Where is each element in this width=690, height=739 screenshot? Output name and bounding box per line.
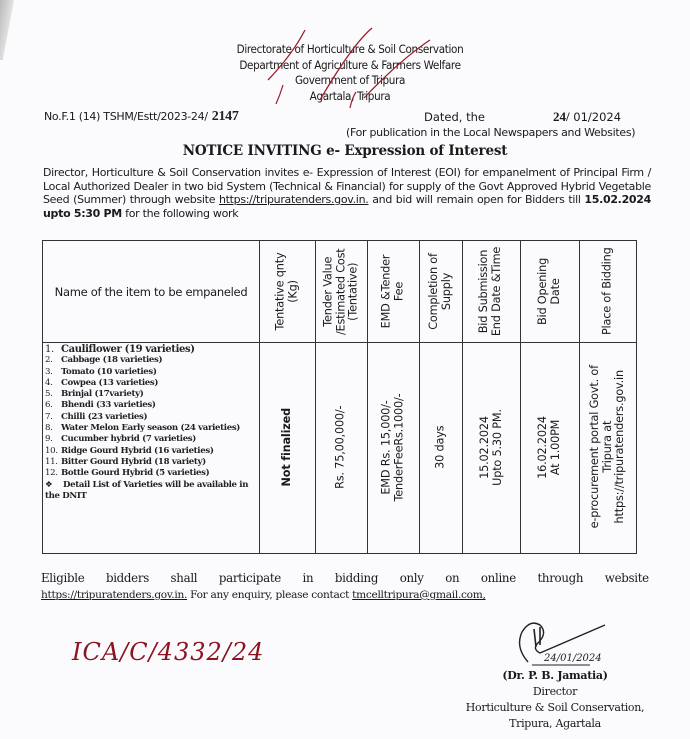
list-item-number: 8.: [43, 423, 61, 434]
signatory-department: Horticulture & Soil Conservation,: [450, 700, 660, 716]
cell-line: EMD Rs. 15,000/-: [381, 393, 394, 501]
enquiry-line: https://tripuratenders.gov.in. For any e…: [41, 587, 649, 604]
cell-line: At 1.00PM: [550, 416, 563, 479]
value-tender-value: Rs. 75,00,000/-: [315, 343, 367, 551]
date-printed: 01/2024: [570, 110, 621, 124]
word: on: [445, 570, 459, 587]
header-emd-fee: EMD &TenderFee: [367, 241, 419, 342]
reference-number: No.F.1 (14) TSHM/Estt/2023-24/2147: [44, 109, 239, 125]
list-item-number: 12.: [43, 468, 61, 479]
value-place-of-bidding: e-procurement portal Govt. ofTripura ath…: [579, 343, 636, 551]
cell-line: /Estimated Cost: [335, 248, 348, 335]
tender-website-link[interactable]: https://tripuratenders.gov.in.: [219, 193, 368, 206]
list-item: 4.Cowpea (13 varieties): [43, 378, 259, 389]
header-tentative-qty: Tentative qnty(Kg): [259, 241, 315, 342]
list-item-label: Water Melon Early season (24 varieties): [61, 423, 240, 434]
list-item-label: Brinjal (17variety): [61, 389, 143, 400]
list-item-label: Bottle Gourd Hybrid (5 varieties): [61, 468, 209, 479]
cell-line: End Date &Time: [491, 247, 504, 336]
list-item-number: 4.: [43, 378, 61, 389]
letterhead: Directorate of Horticulture & Soil Conse…: [150, 42, 550, 104]
list-item: 12.Bottle Gourd Hybrid (5 varieties): [43, 468, 259, 479]
value-emd-fee: EMD Rs. 15,000/-TenderFeeRs.1000/-: [367, 343, 419, 551]
value-completion: 30 days: [419, 343, 462, 551]
page-edge-shadow: [0, 0, 14, 60]
cell-line: 16.02.2024: [537, 416, 550, 479]
eligibility-line: Eligiblebiddersshallparticipateinbidding…: [41, 570, 649, 587]
list-item: 11.Bitter Gourd Hybrid (18 variety): [43, 457, 259, 468]
letterhead-government: Government of Tripura: [150, 73, 550, 89]
word: bidders: [106, 570, 149, 587]
list-item-number: 1.: [43, 344, 61, 355]
word: website: [605, 570, 649, 587]
cell-line: Not finalized: [281, 408, 294, 486]
list-item-number: 7.: [43, 412, 61, 423]
list-item-label: Cauliflower (19 varieties): [61, 344, 195, 355]
signature-date-scribble: 24/01/2024: [543, 653, 602, 664]
list-item: 2.Cabbage (18 varieties): [43, 355, 259, 366]
word: in: [303, 570, 314, 587]
cell-line: Upto 5.30 PM.: [491, 409, 504, 486]
header-place-of-bidding: Place of Bidding: [579, 241, 636, 342]
header-item-name: Name of the item to be empaneled: [43, 241, 259, 342]
list-item: 1.Cauliflower (19 varieties): [43, 344, 259, 355]
cell-line: EMD &Tender: [381, 255, 394, 329]
list-item-number: 6.: [43, 400, 61, 411]
cell-line: Fee: [393, 255, 406, 329]
cell-line: 30 days: [434, 425, 447, 468]
list-item-number: 10.: [43, 446, 61, 457]
intro-paragraph: Director, Horticulture & Soil Conservati…: [43, 166, 651, 220]
word: Eligible: [41, 570, 84, 587]
list-item: 9.Cucumber hybrid (7 varieties): [43, 434, 259, 445]
dated-label: Dated, the: [424, 110, 485, 124]
tender-portal-link[interactable]: https://tripuratenders.gov.in.: [41, 589, 187, 601]
header-bid-opening: Bid OpeningDate: [520, 241, 579, 342]
date-handwritten: 24/: [553, 109, 570, 124]
signatory-location: Tripura, Agartala: [450, 716, 660, 732]
director-signature: 24/01/2024: [510, 617, 620, 672]
list-item-number: 2.: [43, 355, 61, 366]
handwritten-reference: ICA/C/4332/24: [72, 638, 264, 666]
cell-line: Bid Submission: [479, 247, 492, 336]
cell-line: Supply: [441, 253, 454, 330]
word: bidding: [335, 570, 378, 587]
work-table: Name of the item to be empaneled Tentati…: [42, 240, 637, 554]
diamond-bullet-icon: ❖: [45, 480, 63, 491]
list-item-label: Tomato (10 varieties): [61, 367, 157, 378]
notice-title: NOTICE INVITING e- Expression of Interes…: [0, 143, 690, 159]
publication-note: (For publication in the Local Newspapers…: [346, 126, 635, 139]
word: only: [400, 570, 424, 587]
cell-line: Completion of: [428, 253, 441, 330]
cell-line: Tentative qnty: [275, 253, 288, 331]
list-item-number: 9.: [43, 434, 61, 445]
word: online: [481, 570, 516, 587]
cell-line: (Tentative): [347, 248, 360, 335]
value-bid-submission: 15.02.2024Upto 5.30 PM.: [462, 343, 520, 551]
list-item-label: Bitter Gourd Hybrid (18 variety): [61, 457, 206, 468]
letterhead-directorate: Directorate of Horticulture & Soil Conse…: [150, 42, 550, 58]
header-tender-value: Tender Value/Estimated Cost(Tentative): [315, 241, 367, 342]
list-item: 8.Water Melon Early season (24 varieties…: [43, 423, 259, 434]
list-item-label: Cowpea (13 varieties): [61, 378, 158, 389]
letterhead-department: Department of Agriculture & Farmers Welf…: [150, 58, 550, 74]
cell-line: Bid Opening: [537, 258, 550, 325]
cell-line: https://tripuratenders.gov.in: [614, 365, 627, 528]
list-item: 10.Ridge Gourd Hybrid (16 varieties): [43, 446, 259, 457]
list-item-number: 11.: [43, 457, 61, 468]
list-item: 6.Bhendi (33 varieties): [43, 400, 259, 411]
list-item-number: 3.: [43, 367, 61, 378]
list-item: 7.Chilli (23 varieties): [43, 412, 259, 423]
cell-line: Date: [550, 258, 563, 325]
cell-line: e-procurement portal Govt. of: [589, 365, 602, 528]
dated-line: Dated, the24/ 01/2024: [424, 109, 621, 125]
signatory-block: (Dr. P. B. Jamatia) Director Horticultur…: [450, 668, 660, 732]
word: participate: [219, 570, 281, 587]
list-item-label: Cucumber hybrid (7 varieties): [61, 434, 196, 445]
list-item: 5.Brinjal (17variety): [43, 389, 259, 400]
list-item-label: Cabbage (18 varieties): [61, 355, 162, 366]
signatory-designation: Director: [450, 684, 660, 700]
intro-text-continued: and bid will remain open for Bidders til…: [368, 193, 584, 206]
cell-line: TenderFeeRs.1000/-: [393, 393, 406, 501]
signatory-name: (Dr. P. B. Jamatia): [450, 668, 660, 684]
enquiry-text: For any enquiry, please contact: [187, 589, 352, 601]
cell-line: Place of Bidding: [601, 248, 614, 336]
word: shall: [171, 570, 198, 587]
reference-handwritten-number: 2147: [212, 109, 239, 124]
header-completion: Completion ofSupply: [419, 241, 462, 342]
closing-paragraph: Eligiblebiddersshallparticipateinbidding…: [41, 570, 649, 604]
list-item-label: Ridge Gourd Hybrid (16 varieties): [61, 446, 214, 457]
list-item-number: 5.: [43, 389, 61, 400]
list-item-label: Bhendi (33 varieties): [61, 400, 156, 411]
value-tentative-qty: Not finalized: [259, 343, 315, 551]
value-bid-opening: 16.02.2024At 1.00PM: [520, 343, 579, 551]
cell-line: 15.02.2024: [479, 409, 492, 486]
list-item: 3.Tomato (10 varieties): [43, 367, 259, 378]
list-item-label: Chilli (23 varieties): [61, 412, 147, 423]
contact-email-link[interactable]: tmcelltripura@gmail.com,: [352, 589, 485, 601]
cell-line: Tender Value: [322, 248, 335, 335]
reference-prefix: No.F.1 (14) TSHM/Estt/2023-24/: [44, 110, 208, 123]
intro-text-end: for the following work: [122, 207, 238, 220]
letterhead-city: Agartala, Tripura: [150, 89, 550, 105]
item-list: 1.Cauliflower (19 varieties)2.Cabbage (1…: [43, 344, 259, 502]
cell-line: Rs. 75,00,000/-: [335, 405, 348, 488]
varieties-note: ❖Detail List of Varieties will be availa…: [43, 480, 255, 503]
word: through: [537, 570, 583, 587]
header-bid-submission: Bid SubmissionEnd Date &Time: [462, 241, 520, 342]
cell-line: (Kg): [287, 253, 300, 331]
